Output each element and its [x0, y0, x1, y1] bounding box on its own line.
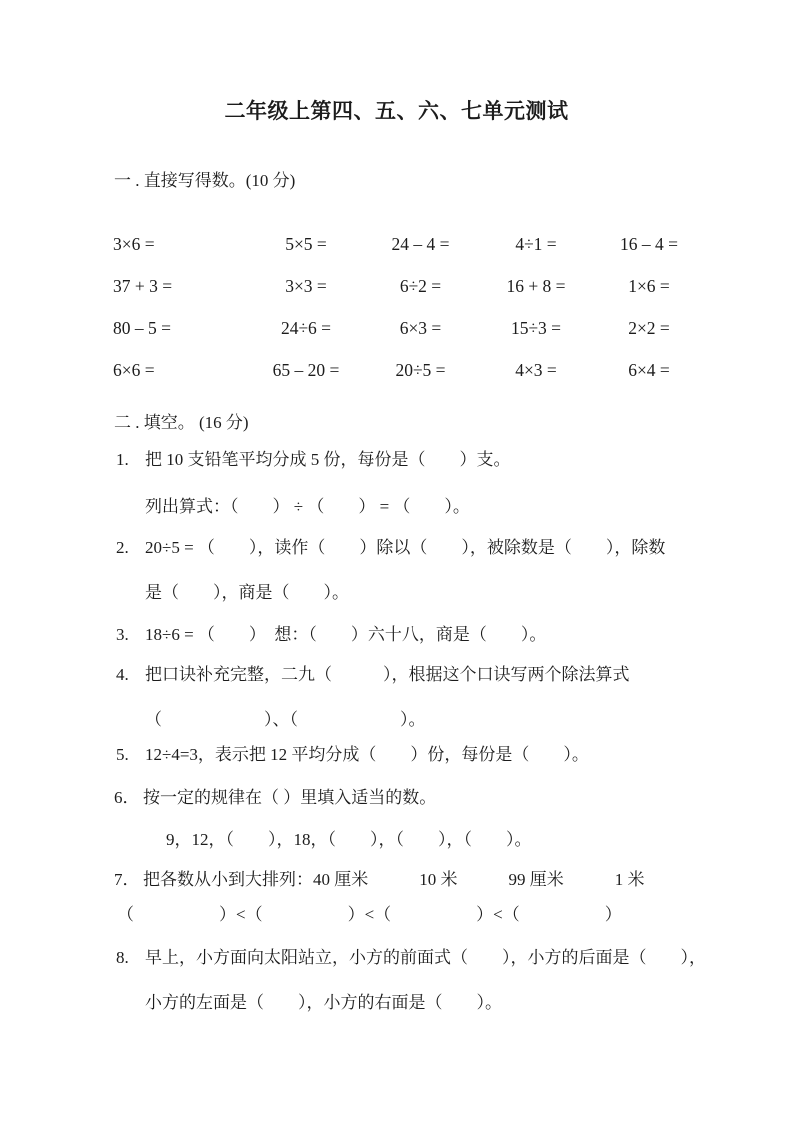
math-problem: 5×5 = [250, 223, 362, 265]
math-problem: 2×2 = [593, 307, 705, 349]
item-line: 是（ ），商是（ ）。 [145, 582, 349, 604]
item-number: 2. [116, 537, 145, 559]
item-text: 按一定的规律在（ ）里填入适当的数。 [143, 788, 436, 807]
item-number: 4. [116, 664, 145, 686]
math-problem: 4÷1 = [479, 223, 593, 265]
item-line: 8.早上，小方面向太阳站立，小方的前面式（ ），小方的后面是（ ）， [116, 947, 706, 969]
item-number: 7． [114, 869, 143, 891]
item-line: 5.12÷4=3，表示把 12 平均分成（ ）份，每份是（ ）。 [116, 744, 589, 766]
math-problem: 6×3 = [362, 307, 479, 349]
math-problem: 65 – 20 = [250, 349, 362, 391]
math-problem: 15÷3 = [479, 307, 593, 349]
item-number: 5. [116, 744, 145, 766]
item-line: 2.20÷5 = （ ），读作（ ）除以（ ），被除数是（ ），除数 [116, 537, 665, 559]
item-number: 6． [114, 787, 143, 809]
item-line: （ ）、（ ）。 [145, 709, 426, 731]
math-problem: 16 – 4 = [593, 223, 705, 265]
item-line: 9，12，（ ），18，（ ），（ ），（ ）。 [166, 829, 532, 851]
page-title: 二年级上第四、五、六、七单元测试 [0, 95, 793, 125]
worksheet-page: 二年级上第四、五、六、七单元测试 一 . 直接写得数。(10 分) 3×6 = … [0, 0, 793, 1122]
math-problem: 37 + 3 = [113, 265, 250, 307]
item-text: 20÷5 = （ ），读作（ ）除以（ ），被除数是（ ），除数 [145, 538, 665, 557]
math-problem: 20÷5 = [362, 349, 479, 391]
item-text: 把口诀补充完整，二九（ ），根据这个口诀写两个除法算式 [145, 665, 630, 684]
item-number: 1. [116, 449, 145, 471]
math-problem: 6×6 = [113, 349, 250, 391]
item-text: 早上，小方面向太阳站立，小方的前面式（ ），小方的后面是（ ）， [145, 948, 706, 967]
math-problem: 3×3 = [250, 265, 362, 307]
item-number: 3. [116, 624, 145, 646]
section1-heading: 一 . 直接写得数。(10 分) [114, 166, 295, 191]
item-line: 小方的左面是（ ），小方的右面是（ ）。 [145, 992, 502, 1014]
item-line: （ ）<（ ）<（ ）<（ ） [117, 904, 622, 926]
math-problem: 24 – 4 = [362, 223, 479, 265]
math-problem: 24÷6 = [250, 307, 362, 349]
math-problem: 6×4 = [593, 349, 705, 391]
item-text: 把各数从小到大排列：40 厘米 10 米 99 厘米 1 米 [143, 870, 645, 889]
item-number: 8. [116, 947, 145, 969]
item-line: 1.把 10 支铅笔平均分成 5 份，每份是（ ）支。 [116, 449, 511, 471]
section2-heading: 二 . 填空。 (16 分) [114, 408, 249, 433]
item-line: 列出算式：（ ） ÷ （ ） = （ ）。 [145, 496, 470, 518]
arithmetic-grid: 3×6 = 5×5 = 24 – 4 = 4÷1 = 16 – 4 = 37 +… [113, 223, 705, 391]
item-line: 4.把口诀补充完整，二九（ ），根据这个口诀写两个除法算式 [116, 664, 630, 686]
item-line: 3.18÷6 = （ ） 想：（ ）六十八，商是（ ）。 [116, 624, 546, 646]
math-problem: 80 – 5 = [113, 307, 250, 349]
item-line: 7．把各数从小到大排列：40 厘米 10 米 99 厘米 1 米 [114, 869, 645, 891]
item-text: 12÷4=3，表示把 12 平均分成（ ）份，每份是（ ）。 [145, 745, 589, 764]
math-problem: 3×6 = [113, 223, 250, 265]
item-text: 把 10 支铅笔平均分成 5 份，每份是（ ）支。 [145, 450, 511, 469]
math-problem: 16 + 8 = [479, 265, 593, 307]
math-problem: 1×6 = [593, 265, 705, 307]
item-line: 6．按一定的规律在（ ）里填入适当的数。 [114, 787, 436, 809]
math-problem: 4×3 = [479, 349, 593, 391]
item-text: 18÷6 = （ ） 想：（ ）六十八，商是（ ）。 [145, 625, 546, 644]
math-problem: 6÷2 = [362, 265, 479, 307]
